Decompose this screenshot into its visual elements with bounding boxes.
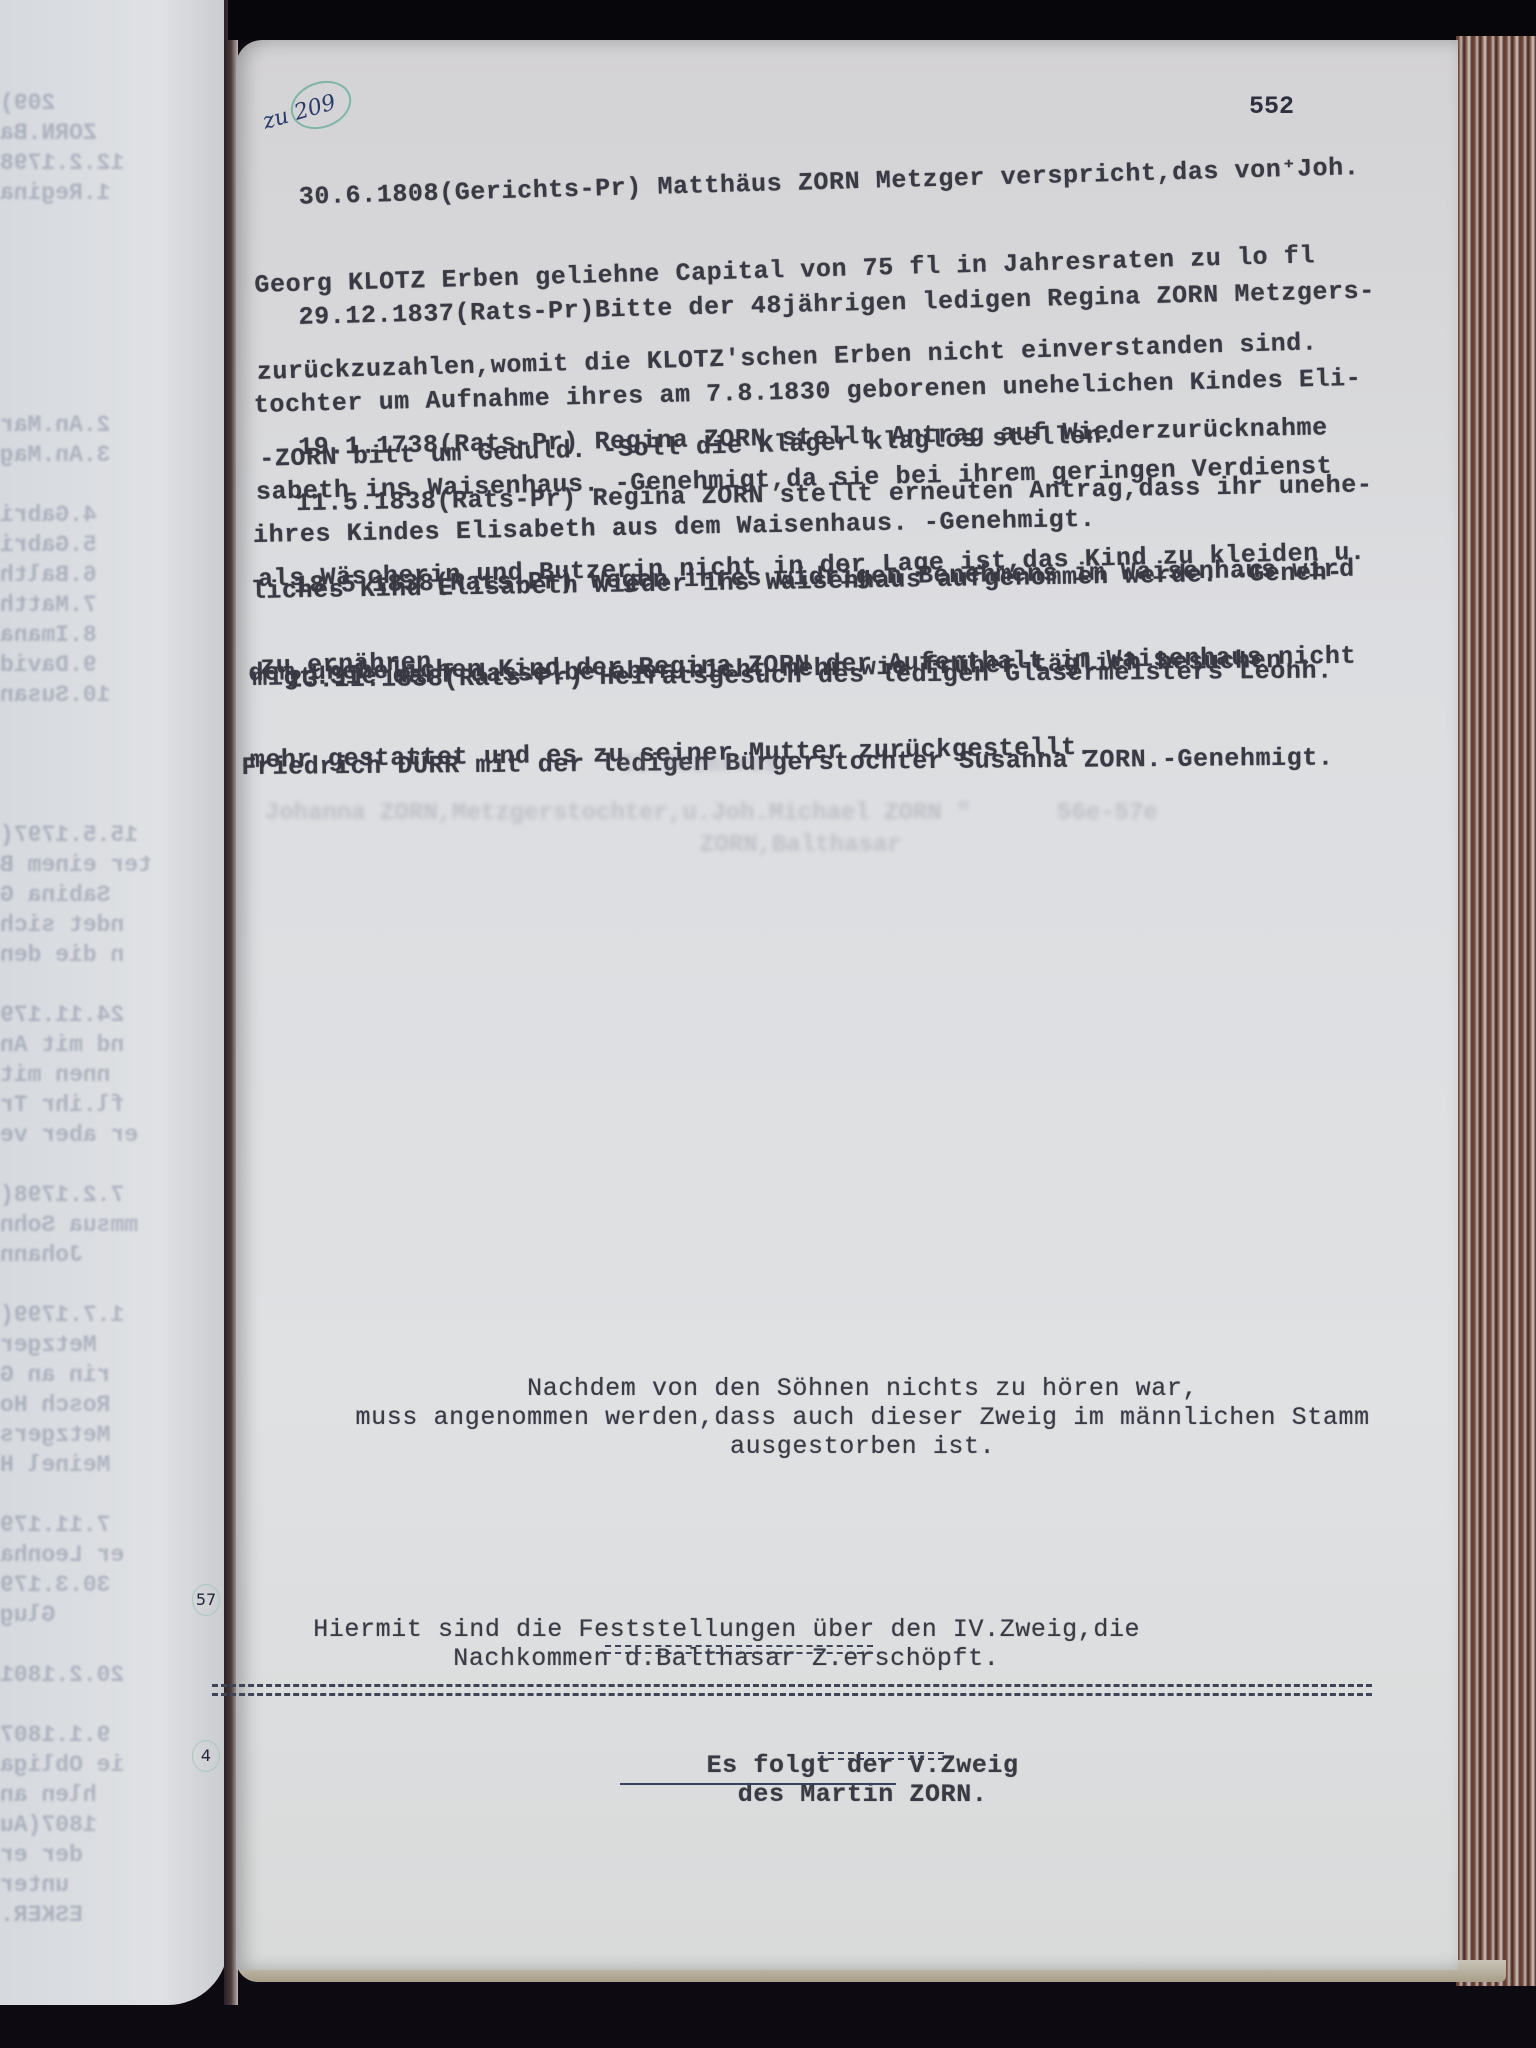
section-divider: [212, 1684, 1372, 1696]
bleed-through-line: Johanna ZORN,Metzgerstochter,u.Joh.Micha…: [236, 800, 1158, 827]
double-underline: [818, 1752, 944, 1760]
bleed-through-text: 15.5.1797( ter einem B Sabina G ndet sic…: [0, 820, 220, 1810]
margin-mark: 4: [192, 1740, 220, 1772]
underline: [620, 1783, 896, 1785]
conclusion-line: Nachdem von den Söhnen nichts zu hören w…: [527, 1374, 1198, 1403]
bleed-through-heading: II.Sozmrres.: [620, 752, 793, 779]
entry-1838-11-23: 23.11.1838(Rats-Pr) Heiratsgesuch des le…: [240, 598, 1334, 811]
background: [228, 0, 1536, 40]
entry-line: 18.5.1838(Rats-Pr) Wegen ihres widrigen …: [247, 555, 1355, 601]
entry-line: 29.12.1837(Rats-Pr)Bitte der 48jährigen …: [251, 277, 1375, 333]
bleed-through-text: 1807(Au der er unter ESKER.: [0, 1810, 220, 1930]
double-underline: [605, 1645, 873, 1654]
closing-line: Hiermit sind die Feststellungen über den…: [313, 1615, 1140, 1644]
conclusion-paragraph: Nachdem von den Söhnen nichts zu hören w…: [236, 1345, 1458, 1461]
bleed-through-line: ZORN,Balthasar: [700, 832, 902, 859]
previous-page: 209) ZORN.Ba 12.2.1798 1.Regina 2.An.Mar…: [0, 0, 228, 2005]
conclusion-line: muss angenommen werden,dass auch dieser …: [356, 1403, 1370, 1432]
page-stack-edge: [1456, 36, 1536, 1986]
bleed-through-text: 2.An.Mar 3.An.Mag 4.Gabri 5.Gabri 6.Balt…: [0, 410, 220, 710]
entry-line: 30.6.1808(Gerichts-Pr) Matthäus ZORN Met…: [252, 153, 1360, 213]
margin-mark: 57: [192, 1584, 220, 1616]
conclusion-line: ausgestorben ist.: [730, 1432, 995, 1461]
entry-line: 23.11.1838(Rats-Pr) Heiratsgesuch des le…: [241, 656, 1333, 695]
closing-statement: Hiermit sind die Feststellungen über den…: [282, 1586, 1140, 1673]
bleed-through-text: 209) ZORN.Ba 12.2.1798 1.Regina: [0, 88, 220, 208]
next-section-note: Es folgt der V.Zweig des Martin ZORN.: [236, 1722, 1458, 1809]
